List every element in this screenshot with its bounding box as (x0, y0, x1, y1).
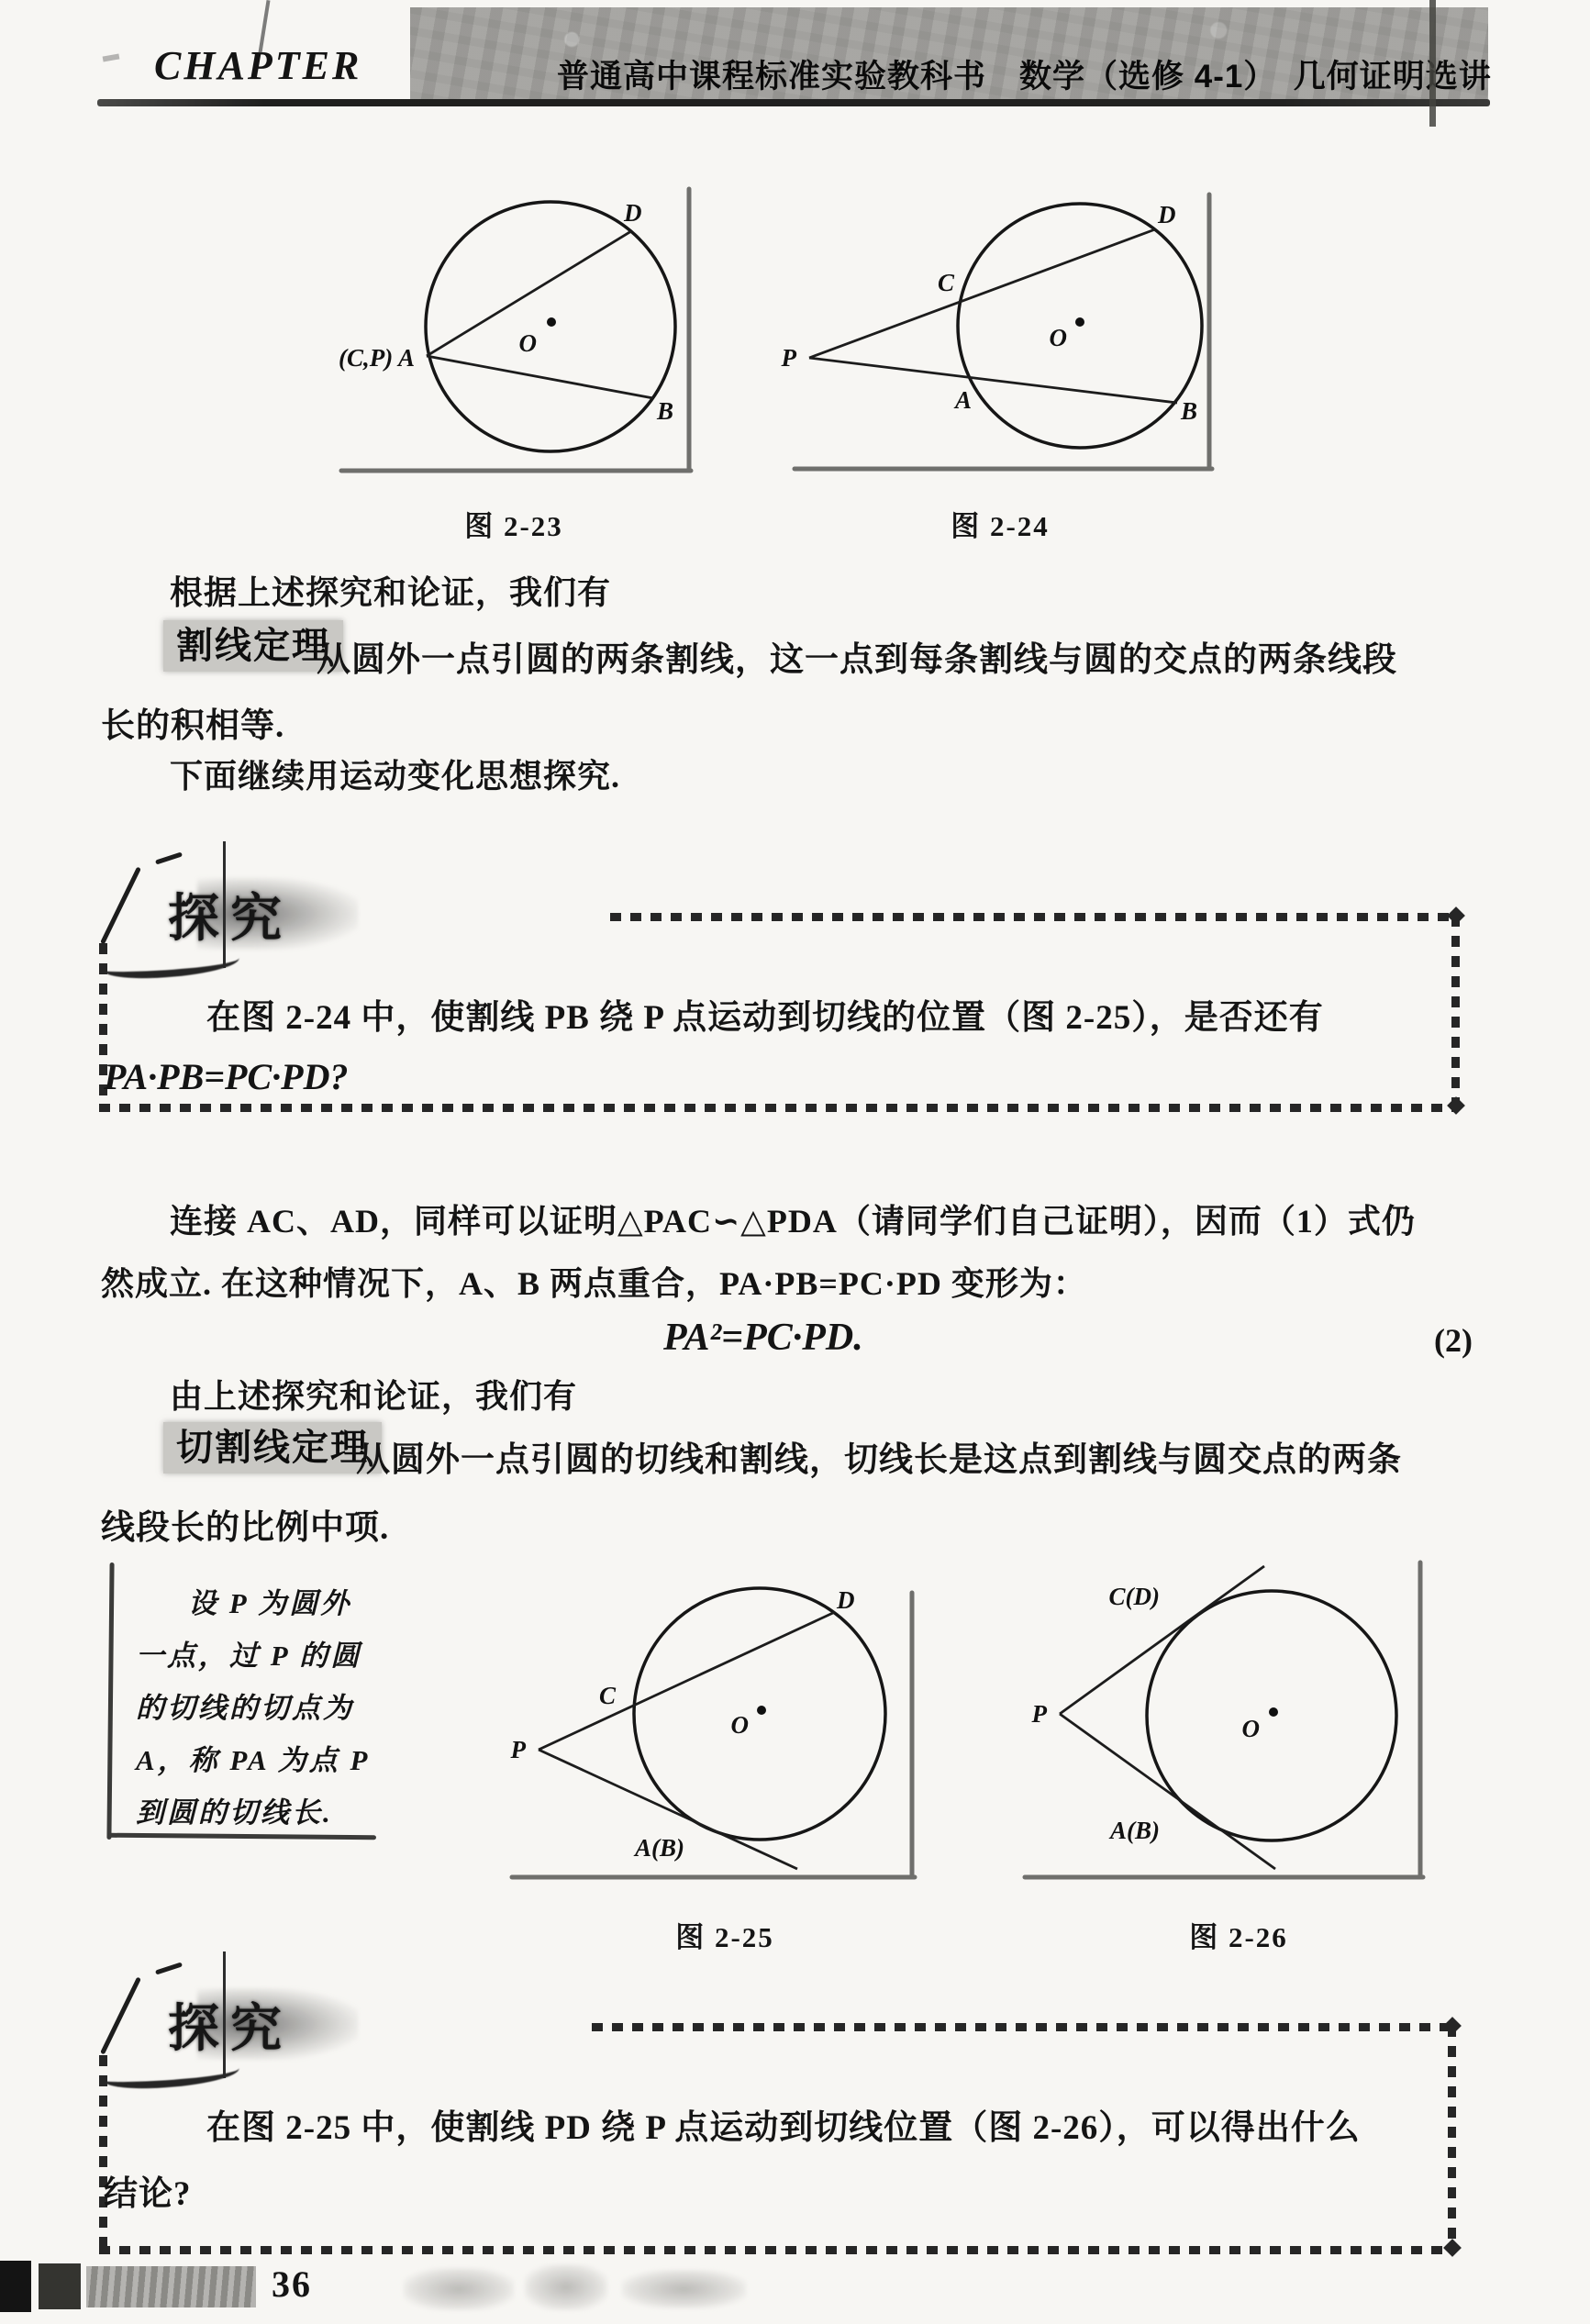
figure-caption-2-26: 图 2-26 (1156, 1914, 1321, 1955)
figure-caption-2-23: 图 2-23 (431, 503, 596, 544)
sidebar-note-border-left (106, 1562, 114, 1840)
secant-PCD (539, 1612, 835, 1750)
center-dot (547, 317, 556, 327)
point-label-O: O (519, 329, 538, 357)
point-label-C: C (938, 269, 955, 296)
point-label-CD: C(D) (1109, 1583, 1161, 1610)
equation-2-number: (2) (1434, 1321, 1473, 1360)
point-label-O: O (1242, 1715, 1261, 1742)
secant-theorem-text-line2: 长的积相等. (101, 697, 284, 747)
brush-underline-icon (103, 2058, 239, 2091)
sidebar-note-border-bottom (108, 1833, 376, 1840)
explore-box1-border-right (1451, 916, 1460, 1108)
brush-hook-icon (155, 851, 183, 864)
sidebar-note-line: 到圆的切线长. (136, 1789, 333, 1830)
transition-paragraph: 下面继续用运动变化思想探究. (170, 751, 620, 797)
header-rule (97, 99, 1490, 106)
explore2-question-line1: 在图 2-25 中，使割线 PD 绕 P 点运动到切线位置（图 2-26），可以… (206, 2099, 1361, 2149)
point-label-P: P (510, 1736, 527, 1763)
tangent-secant-theorem-text-line2: 线段长的比例中项. (101, 1499, 389, 1549)
secant-PCD (809, 229, 1155, 358)
header-vertical-mark (1429, 0, 1436, 127)
point-label-C: C (599, 1682, 617, 1709)
sidebar-note-line: A，称 PA 为点 P (136, 1737, 370, 1778)
footer-smudge (404, 2268, 514, 2310)
point-label-D: D (836, 1586, 855, 1614)
point-label-P: P (1031, 1700, 1048, 1728)
chord-AB (427, 356, 653, 398)
tangent-secant-theorem-label: 切割线定理 (163, 1422, 382, 1473)
explore-heading: 探究 (168, 878, 293, 951)
footer-smudge (525, 2264, 607, 2310)
explore-icon: 探究 (87, 1959, 362, 2096)
header-banner: 普通高中课程标准实验教科书 数学（选修 4-1） 几何证明选讲 (410, 7, 1488, 99)
point-label-A: A (953, 386, 972, 414)
explore1-question-line2: PA·PB=PC·PD? (104, 1055, 348, 1098)
point-label-B: B (1180, 397, 1197, 425)
brush-slash-icon (100, 867, 141, 945)
figure-caption-2-25: 图 2-25 (642, 1914, 807, 1955)
connect-paragraph-line1: 连接 AC、AD，同样可以证明△PAC∽△PDA（请同学们自己证明），因而（1）… (170, 1195, 1416, 1242)
scan-tick-mark (103, 53, 120, 61)
explore2-question-line2: 结论? (104, 2165, 192, 2215)
point-label-D: D (623, 199, 642, 227)
sidebar-note-line: 一点，过 P 的圆 (136, 1632, 361, 1674)
equation-2: PA²=PC·PD. (663, 1316, 863, 1360)
explore1-question-line1: 在图 2-24 中，使割线 PB 绕 P 点运动到切线的位置（图 2-25），是… (206, 989, 1324, 1039)
box-corner-diamond (1447, 906, 1465, 925)
figure-2-26: O P C(D) A(B) (1009, 1551, 1431, 1890)
explore-heading: 探究 (168, 1988, 293, 2062)
box-corner-diamond (1443, 2017, 1462, 2035)
point-label-B: B (656, 397, 673, 425)
point-label-AB: A(B) (1108, 1817, 1160, 1844)
brush-hook-icon (155, 1962, 183, 1974)
footer-block-gray (86, 2266, 256, 2307)
brush-slash-icon (100, 1977, 141, 2055)
explore-box2-border-left (99, 2055, 107, 2248)
sidebar-note-line: 设 P 为圆外 (188, 1580, 351, 1621)
footer-block-mid (39, 2263, 81, 2309)
figure-caption-2-24: 图 2-24 (917, 503, 1083, 544)
point-label-P: P (781, 344, 797, 372)
point-label-O: O (1050, 324, 1068, 351)
center-dot (757, 1706, 766, 1715)
center-dot (1075, 317, 1084, 327)
brush-underline-icon (103, 948, 239, 981)
tangent-secant-theorem-text-line1: 从圆外一点引圆的切线和割线，切线长是这点到割线与圆交点的两条 (356, 1431, 1402, 1481)
explore-box2-border-top (592, 2023, 1450, 2031)
tangent-PCD (1060, 1566, 1264, 1714)
explore-box2-border-right (1448, 2026, 1456, 2249)
header-banner-title: 普通高中课程标准实验教科书 数学（选修 4-1） 几何证明选讲 (557, 51, 1492, 97)
circle-O (426, 202, 675, 451)
center-dot (1269, 1707, 1278, 1717)
intro-paragraph: 根据上述探究和论证，我们有 (170, 567, 611, 614)
secant-PAB (809, 358, 1177, 403)
sidebar-note-line: 的切线的切点为 (136, 1685, 354, 1726)
figure-2-23: O D B (C,P) A (303, 174, 706, 532)
point-label-AB: A(B) (633, 1834, 684, 1862)
point-label-O: O (731, 1711, 750, 1739)
explore-box1-border-top (610, 913, 1454, 921)
point-label-CPA: (C,P) A (339, 344, 415, 372)
figure-2-24: O P C D A B (771, 174, 1229, 532)
footer-block-dark (0, 2261, 31, 2312)
page-number: 36 (272, 2263, 312, 2306)
connect-paragraph-line2: 然成立. 在这种情况下，A、B 两点重合，PA·PB=PC·PD 变形为： (101, 1258, 1087, 1305)
figure-2-25: O P C D A(B) (486, 1551, 927, 1890)
secant-theorem-text-line1: 从圆外一点引圆的两条割线，这一点到每条割线与圆的交点的两条线段 (317, 631, 1397, 681)
explore-box2-border-bottom (99, 2246, 1455, 2254)
point-label-D: D (1157, 201, 1176, 228)
footer-smudge (622, 2270, 746, 2308)
explore-icon: 探究 (87, 849, 362, 986)
connect-paragraph-line3: 由上述探究和论证，我们有 (170, 1371, 577, 1418)
textbook-page: CHAPTER 普通高中课程标准实验教科书 数学（选修 4-1） 几何证明选讲 … (0, 0, 1590, 2324)
explore-box1-border-bottom (99, 1104, 1459, 1112)
